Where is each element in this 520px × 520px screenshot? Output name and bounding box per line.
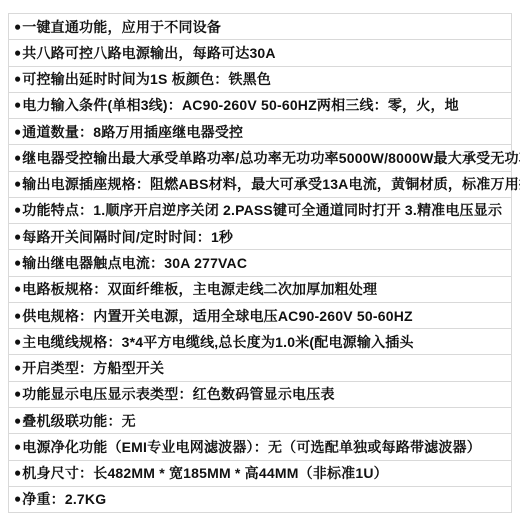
spec-row: ● 每路开关间隔时间/定时时间：1秒 — [9, 223, 511, 249]
bullet-icon: ● — [14, 388, 21, 400]
bullet-icon: ● — [14, 125, 21, 137]
spec-text: 功能特点：1.顺序开启逆序关闭 2.PASS键可全通道同时打开 3.精准电压显示 — [22, 203, 502, 217]
spec-text: 通道数量：8路万用插座继电器受控 — [22, 125, 243, 139]
bullet-icon: ● — [14, 414, 21, 426]
bullet-icon: ● — [14, 467, 21, 479]
spec-text: 电力输入条件(单相3线)：AC90-260V 50-60HZ两相三线：零，火，地 — [22, 98, 459, 112]
spec-row: ● 一键直通功能，应用于不同设备 — [9, 14, 511, 39]
spec-row: ● 通道数量：8路万用插座继电器受控 — [9, 118, 511, 144]
spec-row: ● 功能显示电压显示表类型：红色数码管显示电压表 — [9, 381, 511, 407]
bullet-icon: ● — [14, 493, 21, 505]
spec-row: ● 净重：2.7KG — [9, 486, 511, 512]
spec-row: ● 可控输出延时时间为1S 板颜色：铁黑色 — [9, 66, 511, 92]
spec-table: ● 一键直通功能，应用于不同设备 ● 共八路可控八路电源输出，每路可达30A ●… — [8, 13, 512, 513]
spec-row: ● 继电器受控输出最大承受单路功率/总功率无功功率5000W/8000W最大承受… — [9, 144, 511, 170]
spec-row: ● 输出继电器触点电流：30A 277VAC — [9, 249, 511, 275]
spec-row: ● 供电规格：内置开关电源，适用全球电压AC90-260V 50-60HZ — [9, 302, 511, 328]
bullet-icon: ● — [14, 440, 21, 452]
spec-row: ● 共八路可控八路电源输出，每路可达30A — [9, 39, 511, 65]
spec-text: 净重：2.7KG — [22, 492, 106, 506]
bullet-icon: ● — [14, 230, 21, 242]
spec-text: 叠机级联功能：无 — [22, 414, 136, 428]
spec-text: 电源净化功能（EMI专业电网滤波器）：无（可选配单独或每路带滤波器） — [22, 440, 481, 454]
spec-text: 每路开关间隔时间/定时时间：1秒 — [22, 230, 233, 244]
spec-text: 供电规格：内置开关电源，适用全球电压AC90-260V 50-60HZ — [22, 309, 413, 323]
spec-text: 输出电源插座规格：阻燃ABS材料，最大可承受13A电流，黄铜材质，标准万用插座 — [22, 177, 520, 191]
spec-text: 功能显示电压显示表类型：红色数码管显示电压表 — [22, 387, 334, 401]
bullet-icon: ● — [14, 335, 21, 347]
spec-text: 电路板规格：双面纤维板，主电源走线二次加厚加粗处理 — [22, 282, 377, 296]
bullet-icon: ● — [14, 73, 21, 85]
spec-text: 输出继电器触点电流：30A 277VAC — [22, 256, 247, 270]
bullet-icon: ● — [14, 151, 21, 163]
spec-text: 继电器受控输出最大承受单路功率/总功率无功功率5000W/8000W最大承受无功… — [22, 151, 520, 165]
spec-text: 可控输出延时时间为1S 板颜色：铁黑色 — [22, 72, 271, 86]
bullet-icon: ● — [14, 309, 21, 321]
product-spec-page: ● 一键直通功能，应用于不同设备 ● 共八路可控八路电源输出，每路可达30A ●… — [0, 0, 520, 520]
spec-row: ● 机身尺寸：长482MM * 宽185MM * 高44MM（非标准1U） — [9, 460, 511, 486]
spec-row: ● 电力输入条件(单相3线)：AC90-260V 50-60HZ两相三线：零，火… — [9, 92, 511, 118]
bullet-icon: ● — [14, 178, 21, 190]
spec-text: 开启类型：方船型开关 — [22, 361, 164, 375]
bullet-icon: ● — [14, 20, 21, 32]
bullet-icon: ● — [14, 99, 21, 111]
spec-row: ● 电路板规格：双面纤维板，主电源走线二次加厚加粗处理 — [9, 276, 511, 302]
spec-row: ● 电源净化功能（EMI专业电网滤波器）：无（可选配单独或每路带滤波器） — [9, 433, 511, 459]
spec-row: ● 叠机级联功能：无 — [9, 407, 511, 433]
spec-text: 一键直通功能，应用于不同设备 — [22, 20, 221, 34]
bullet-icon: ● — [14, 362, 21, 374]
bullet-icon: ● — [14, 204, 21, 216]
spec-text: 主电缆线规格：3*4平方电缆线,总长度为1.0米(配电源输入插头 — [22, 335, 413, 349]
spec-row: ● 主电缆线规格：3*4平方电缆线,总长度为1.0米(配电源输入插头 — [9, 328, 511, 354]
bullet-icon: ● — [14, 257, 21, 269]
spec-row: ● 开启类型：方船型开关 — [9, 354, 511, 380]
bullet-icon: ● — [14, 283, 21, 295]
spec-text: 共八路可控八路电源输出，每路可达30A — [22, 46, 275, 60]
spec-text: 机身尺寸：长482MM * 宽185MM * 高44MM（非标准1U） — [22, 466, 388, 480]
bullet-icon: ● — [14, 46, 21, 58]
spec-row: ● 输出电源插座规格：阻燃ABS材料，最大可承受13A电流，黄铜材质，标准万用插… — [9, 171, 511, 197]
spec-row: ● 功能特点：1.顺序开启逆序关闭 2.PASS键可全通道同时打开 3.精准电压… — [9, 197, 511, 223]
